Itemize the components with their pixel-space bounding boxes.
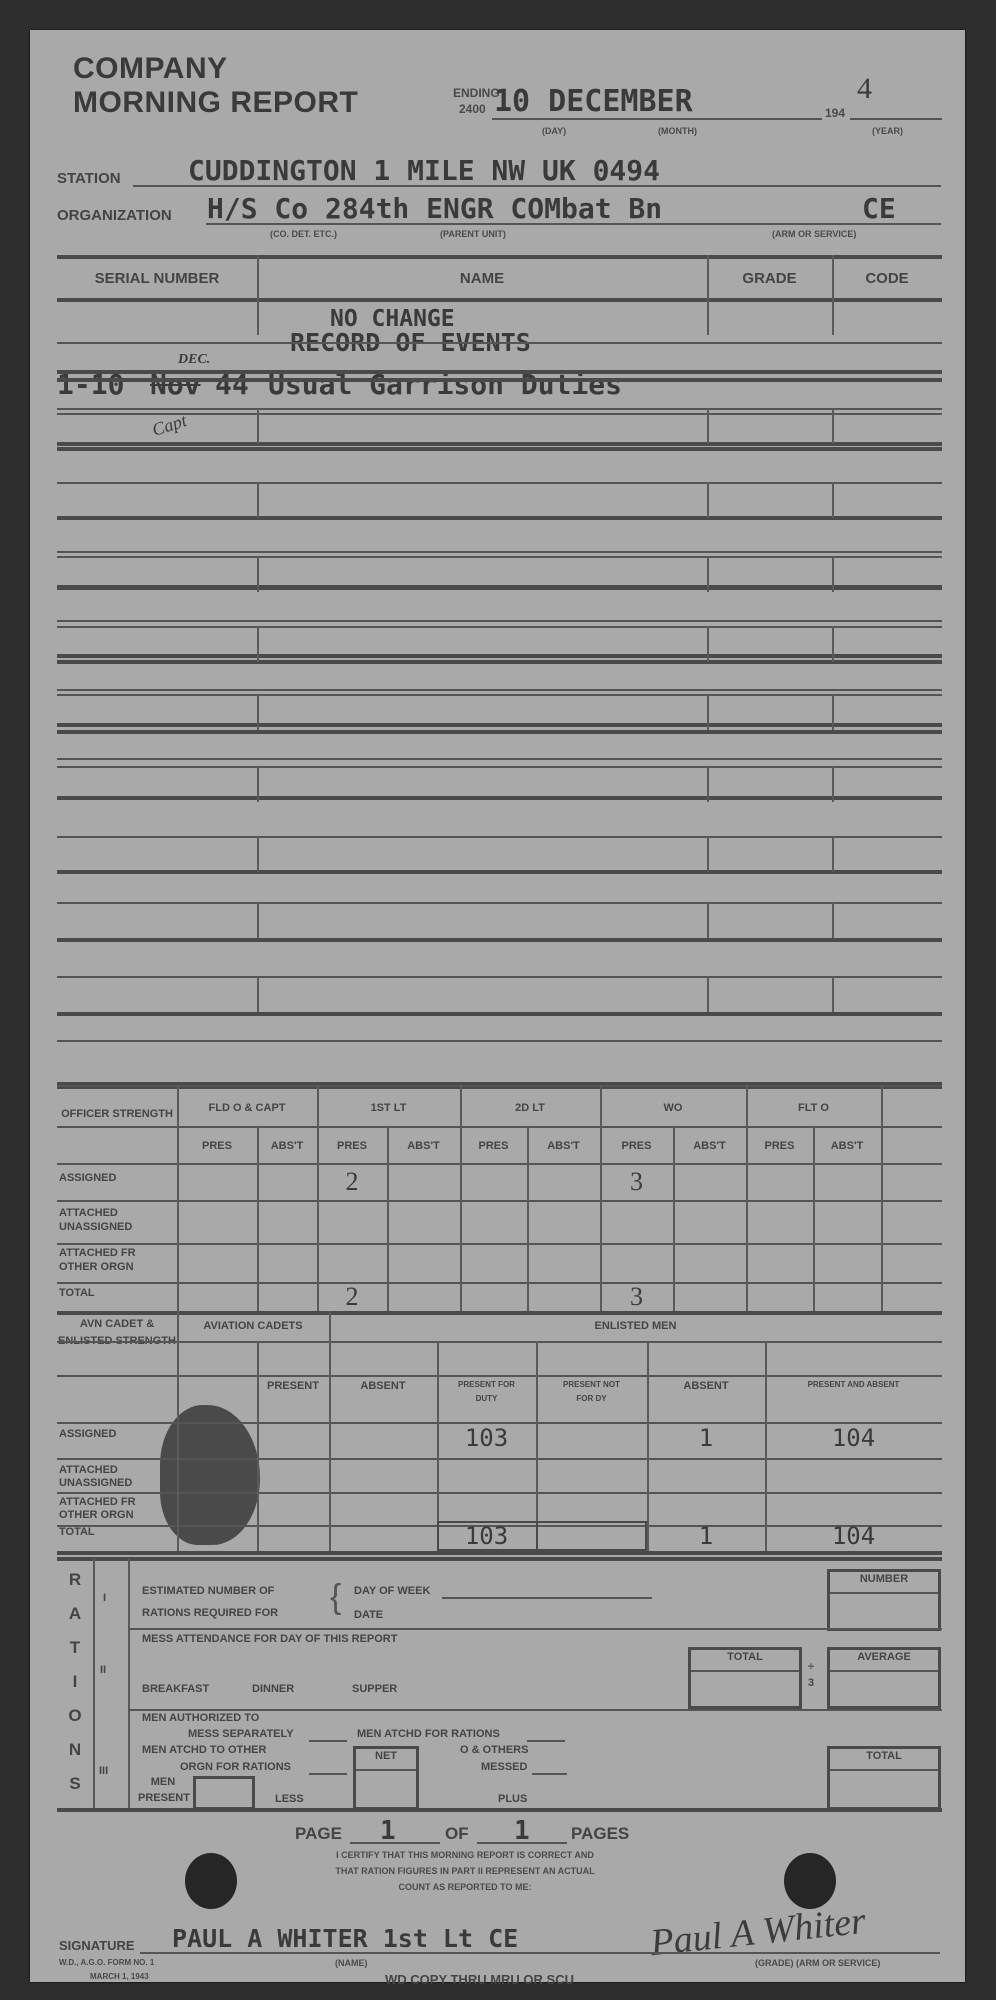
arm-of-service-value: CE xyxy=(862,192,896,225)
enlisted-col-header: ABSENT xyxy=(329,1380,437,1392)
divide-sign: ÷ xyxy=(808,1661,814,1673)
box-rule xyxy=(356,1769,416,1771)
roster-divider xyxy=(257,255,259,335)
box-rule xyxy=(830,1592,938,1594)
month-sublabel: (MONTH) xyxy=(658,126,697,136)
day-of-week-field[interactable] xyxy=(442,1597,652,1599)
roster-rule xyxy=(57,723,942,727)
plus-label: PLUS xyxy=(498,1793,527,1805)
breakfast-label: BREAKFAST xyxy=(142,1683,209,1695)
col-serial-number: SERIAL NUMBER xyxy=(57,270,257,287)
ink-smudge xyxy=(160,1405,260,1545)
roster-divider xyxy=(257,836,259,872)
part-i-numeral: I xyxy=(103,1592,106,1604)
pages-label: PAGES xyxy=(571,1824,629,1844)
parent-unit-sublabel: (PARENT UNIT) xyxy=(440,229,506,239)
enlisted-row-label: ATTACHED FR OTHER ORGN xyxy=(59,1496,174,1522)
rations-letter: O xyxy=(60,1706,90,1726)
total-present-not-duty-box xyxy=(536,1521,647,1551)
officer-cell: 2 xyxy=(317,1167,387,1197)
enlisted-col-header: PRESENT xyxy=(257,1380,329,1392)
officer-cell: 2 xyxy=(317,1282,387,1312)
roster-divider xyxy=(257,556,259,592)
enlisted-men-header: ENLISTED MEN xyxy=(329,1320,942,1332)
men-label: MEN xyxy=(133,1776,193,1788)
roster-rule xyxy=(57,556,942,558)
officer-row-label: ATTACHED UNASSIGNED xyxy=(59,1206,174,1234)
pres-header: PRES xyxy=(177,1140,257,1152)
divisor: 3 xyxy=(808,1677,814,1689)
pres-header: PRES xyxy=(460,1140,527,1152)
roster-divider xyxy=(707,255,709,335)
enlisted-divider xyxy=(257,1341,259,1551)
form-title-line1: COMPANY xyxy=(73,52,228,86)
officer-divider xyxy=(460,1085,462,1311)
rations-letter: R xyxy=(60,1570,90,1590)
roster-divider xyxy=(257,482,259,518)
roster-rule xyxy=(57,620,942,622)
supper-label: SUPPER xyxy=(352,1683,397,1695)
roster-rule xyxy=(57,730,942,734)
enlisted-col-header: ABSENT xyxy=(647,1380,765,1392)
roster-rule xyxy=(57,516,942,520)
signature-label: SIGNATURE xyxy=(59,1938,135,1953)
roster-rule xyxy=(57,660,942,664)
part-iii-numeral: III xyxy=(99,1765,108,1777)
form-date: MARCH 1, 1943 xyxy=(90,1972,149,1981)
report-date: 10 DECEMBER xyxy=(494,84,693,119)
box-rule xyxy=(691,1670,799,1672)
roster-divider xyxy=(832,408,834,444)
punch-hole-right xyxy=(784,1853,836,1909)
roster-divider xyxy=(707,976,709,1012)
dinner-label: DINNER xyxy=(252,1683,294,1695)
roster-divider xyxy=(707,694,709,730)
corrected-month: DEC. xyxy=(178,352,210,368)
roster-rule xyxy=(57,694,942,696)
roster-rule xyxy=(57,482,942,484)
roster-rule xyxy=(57,551,942,553)
page-label: PAGE xyxy=(295,1824,342,1844)
roster-rule xyxy=(57,408,942,410)
roster-divider xyxy=(707,556,709,592)
less-label: LESS xyxy=(275,1793,304,1805)
roster-rule xyxy=(57,442,942,446)
part-i-label: ESTIMATED NUMBER OF xyxy=(142,1585,274,1597)
certification-text: I CERTIFY THAT THIS MORNING REPORT IS CO… xyxy=(230,1850,700,1860)
officer-rule xyxy=(57,1311,942,1315)
roster-rule xyxy=(57,689,942,691)
rations-bottom-rule xyxy=(57,1808,942,1812)
rations-letter: N xyxy=(60,1740,90,1760)
year-sublabel: (YEAR) xyxy=(872,126,903,136)
roster-divider xyxy=(707,626,709,662)
present-label: PRESENT xyxy=(138,1792,190,1804)
certification-text: THAT RATION FIGURES IN PART II REPRESENT… xyxy=(230,1866,700,1876)
certification-text: COUNT AS REPORTED TO ME: xyxy=(230,1882,700,1892)
roster-divider xyxy=(832,902,834,938)
enlisted-divider xyxy=(329,1311,331,1551)
officer-divider xyxy=(177,1085,179,1311)
roster-rule xyxy=(57,626,942,628)
enlisted-rule xyxy=(57,1458,942,1460)
messed-label: MESSED xyxy=(481,1761,527,1773)
roster-divider xyxy=(707,408,709,444)
organization-label: ORGANIZATION xyxy=(57,207,172,224)
mess-separately-field[interactable] xyxy=(309,1740,347,1742)
enlisted-cell: 1 xyxy=(647,1424,765,1452)
roster-rule xyxy=(57,766,942,768)
col-code: CODE xyxy=(832,270,942,287)
officer-group-header: WO xyxy=(600,1102,746,1114)
station-value: CUDDINGTON 1 MILE NW UK 0494 xyxy=(188,154,660,187)
officer-rule xyxy=(57,1163,942,1165)
men-atchd-rations-label: MEN ATCHD FOR RATIONS xyxy=(357,1728,500,1740)
day-sublabel: (DAY) xyxy=(542,126,566,136)
copy-routing-note: WD COPY THRU MRU OR SCU xyxy=(385,1972,574,1987)
rations-letter: T xyxy=(60,1638,90,1658)
enlisted-rule xyxy=(57,1551,942,1555)
roster-divider xyxy=(257,408,259,444)
enlisted-strength-title: AVN CADET & ENLISTED STRENGTH xyxy=(57,1316,177,1350)
roster-rule xyxy=(57,870,942,874)
roster-rule xyxy=(57,902,942,904)
enlisted-cell: 104 xyxy=(765,1522,942,1550)
roster-rule xyxy=(57,796,942,800)
enlisted-col-header: PRESENT AND ABSENT xyxy=(765,1378,942,1392)
part-i-rule xyxy=(128,1628,942,1630)
officer-divider xyxy=(387,1126,389,1311)
signer-name: PAUL A WHITER 1st Lt CE xyxy=(172,1924,518,1953)
orgn-for-rations-label: ORGN FOR RATIONS xyxy=(180,1761,291,1773)
men-atchd-rations-field[interactable] xyxy=(527,1740,565,1742)
part-ii-rule xyxy=(128,1709,942,1711)
mess-total-label: TOTAL xyxy=(691,1651,799,1663)
organization-value: H/S Co 284th ENGR COMbat Bn xyxy=(207,192,662,225)
aviation-cadets-header: AVIATION CADETS xyxy=(177,1320,329,1332)
abst-header: ABS'T xyxy=(673,1140,746,1152)
number-box-label: NUMBER xyxy=(830,1573,938,1585)
box-rule xyxy=(830,1670,938,1672)
abst-header: ABS'T xyxy=(813,1140,881,1152)
officer-rule xyxy=(57,1126,942,1128)
roster-divider xyxy=(832,694,834,730)
officer-rule xyxy=(57,1085,942,1087)
officer-divider xyxy=(813,1126,815,1311)
morning-report-form: COMPANY MORNING REPORT ENDING 2400 10 DE… xyxy=(30,30,965,1982)
men-present-box[interactable] xyxy=(193,1776,255,1810)
date-label: DATE xyxy=(354,1609,383,1621)
year-prefix: 194 xyxy=(825,106,845,120)
officer-rule xyxy=(57,1282,942,1284)
roster-divider xyxy=(832,482,834,518)
part-ii-numeral: II xyxy=(100,1664,106,1676)
rations-letter: A xyxy=(60,1604,90,1624)
average-label: AVERAGE xyxy=(830,1651,938,1663)
rations-divider xyxy=(128,1559,130,1809)
roster-rule xyxy=(57,1012,942,1016)
roster-rule xyxy=(57,447,942,451)
part-i-label: RATIONS REQUIRED FOR xyxy=(142,1607,278,1619)
roster-rule xyxy=(57,654,942,658)
enlisted-cell: 1 xyxy=(647,1522,765,1550)
signature-line xyxy=(140,1952,940,1954)
enlisted-rule xyxy=(57,1492,942,1494)
total-present-duty-box xyxy=(437,1521,538,1551)
roster-divider xyxy=(832,976,834,1012)
grade-sublabel: (GRADE) (ARM OR SERVICE) xyxy=(755,1958,880,1968)
rations-letter: I xyxy=(60,1672,90,1692)
officer-row-label: ASSIGNED xyxy=(59,1171,174,1185)
roster-divider xyxy=(832,255,834,335)
roster-divider xyxy=(257,976,259,1012)
enlisted-cell: 103 xyxy=(437,1424,536,1452)
roster-divider xyxy=(832,836,834,872)
pres-header: PRES xyxy=(600,1140,673,1152)
roster-rule xyxy=(57,976,942,978)
day-of-week-label: DAY OF WEEK xyxy=(354,1585,430,1597)
organization-underline xyxy=(206,223,941,225)
abst-header: ABS'T xyxy=(257,1140,317,1152)
officer-cell: 3 xyxy=(600,1282,673,1312)
enlisted-row-label: ASSIGNED xyxy=(59,1428,174,1441)
o-others-label: O & OTHERS xyxy=(460,1744,528,1756)
roster-divider xyxy=(257,902,259,938)
rations-top-rule xyxy=(57,1557,942,1561)
col-grade: GRADE xyxy=(707,270,832,287)
roster-divider xyxy=(707,902,709,938)
roster-rule xyxy=(57,413,942,415)
officer-divider xyxy=(673,1126,675,1311)
roster-divider xyxy=(832,626,834,662)
abst-header: ABS'T xyxy=(527,1140,600,1152)
enlisted-divider xyxy=(536,1341,538,1551)
year-value: 4 xyxy=(857,72,872,106)
page-underline xyxy=(350,1842,440,1844)
roster-rule xyxy=(57,758,942,760)
date-underline xyxy=(492,118,822,120)
enlisted-row-label: ATTACHED UNASSIGNED xyxy=(59,1464,174,1490)
ending-label: ENDING xyxy=(453,86,500,100)
officer-group-header: 2D LT xyxy=(460,1102,600,1114)
o-others-field[interactable] xyxy=(532,1773,567,1775)
ending-time-label: 2400 xyxy=(459,102,486,116)
enlisted-cell: 104 xyxy=(765,1424,942,1452)
roster-divider xyxy=(832,766,834,802)
rations-divider xyxy=(93,1559,95,1809)
station-underline xyxy=(133,185,941,187)
officer-strength-title: OFFICER STRENGTH xyxy=(57,1106,177,1123)
arm-sublabel: (ARM OR SERVICE) xyxy=(772,229,856,239)
roster-divider xyxy=(257,694,259,730)
roster-header-rule xyxy=(57,298,942,302)
officer-divider xyxy=(746,1085,748,1311)
punch-hole-left xyxy=(185,1853,237,1909)
box-rule xyxy=(830,1769,938,1771)
officer-divider xyxy=(317,1085,319,1311)
enlisted-col-header: PRESENT NOT FOR DY xyxy=(536,1378,647,1406)
enlisted-rule xyxy=(57,1375,942,1377)
rations-letter: S xyxy=(60,1774,90,1794)
roster-divider xyxy=(257,766,259,802)
roster-rule xyxy=(57,836,942,838)
men-atchd-other-label: MEN ATCHD TO OTHER xyxy=(142,1744,266,1756)
officer-group-header: 1ST LT xyxy=(317,1102,460,1114)
pres-header: PRES xyxy=(317,1140,387,1152)
form-title-line2: MORNING REPORT xyxy=(73,86,358,120)
officer-group-header: FLT O xyxy=(746,1102,881,1114)
brace: { xyxy=(330,1578,341,1617)
enlisted-rule xyxy=(57,1341,942,1343)
form-number: W.D., A.G.O. FORM NO. 1 xyxy=(59,1958,154,1967)
officer-cell: 3 xyxy=(600,1167,673,1197)
roster-rule xyxy=(57,1040,942,1042)
pres-header: PRES xyxy=(746,1140,813,1152)
officer-row-label: TOTAL xyxy=(59,1286,174,1300)
roster-divider xyxy=(707,482,709,518)
col-name: NAME xyxy=(257,270,707,287)
pages-underline xyxy=(477,1842,567,1844)
roster-divider xyxy=(257,626,259,662)
roster-rule xyxy=(57,370,942,374)
officer-divider xyxy=(527,1126,529,1311)
initials-scrawl: Capt xyxy=(150,410,190,441)
of-label: OF xyxy=(445,1824,469,1844)
roster-divider xyxy=(707,766,709,802)
enlisted-divider xyxy=(177,1311,179,1551)
handwritten-signature: Paul A Whiter xyxy=(648,1899,867,1965)
officer-group-header: FLD O & CAPT xyxy=(177,1102,317,1114)
roster-divider xyxy=(707,836,709,872)
officer-divider xyxy=(600,1085,602,1311)
roster-rule xyxy=(57,342,942,344)
officer-row-label: ATTACHED FR OTHER ORGN xyxy=(59,1246,174,1274)
enlisted-row-label: TOTAL xyxy=(59,1526,174,1539)
co-det-sublabel: (CO. DET. ETC.) xyxy=(270,229,337,239)
enlisted-col-header: PRESENT FOR DUTY xyxy=(437,1378,536,1406)
officer-rule xyxy=(57,1200,942,1202)
roster-rule xyxy=(57,378,942,382)
year-underline xyxy=(850,118,942,120)
roster-top-rule xyxy=(57,255,942,259)
roster-rule xyxy=(57,586,942,590)
station-label: STATION xyxy=(57,170,121,187)
officer-divider xyxy=(881,1085,883,1311)
rations-total-label: TOTAL xyxy=(830,1750,938,1762)
roster-rule xyxy=(57,938,942,942)
officer-divider xyxy=(257,1126,259,1311)
officer-rule xyxy=(57,1243,942,1245)
men-authorized-label: MEN AUTHORIZED TO xyxy=(142,1712,259,1724)
mess-attendance-label: MESS ATTENDANCE FOR DAY OF THIS REPORT xyxy=(142,1633,397,1645)
net-label: NET xyxy=(356,1750,416,1762)
abst-header: ABS'T xyxy=(387,1140,460,1152)
orgn-for-rations-field[interactable] xyxy=(309,1773,347,1775)
name-sublabel: (NAME) xyxy=(335,1958,368,1968)
mess-separately-label: MESS SEPARATELY xyxy=(188,1728,294,1740)
roster-divider xyxy=(832,556,834,592)
